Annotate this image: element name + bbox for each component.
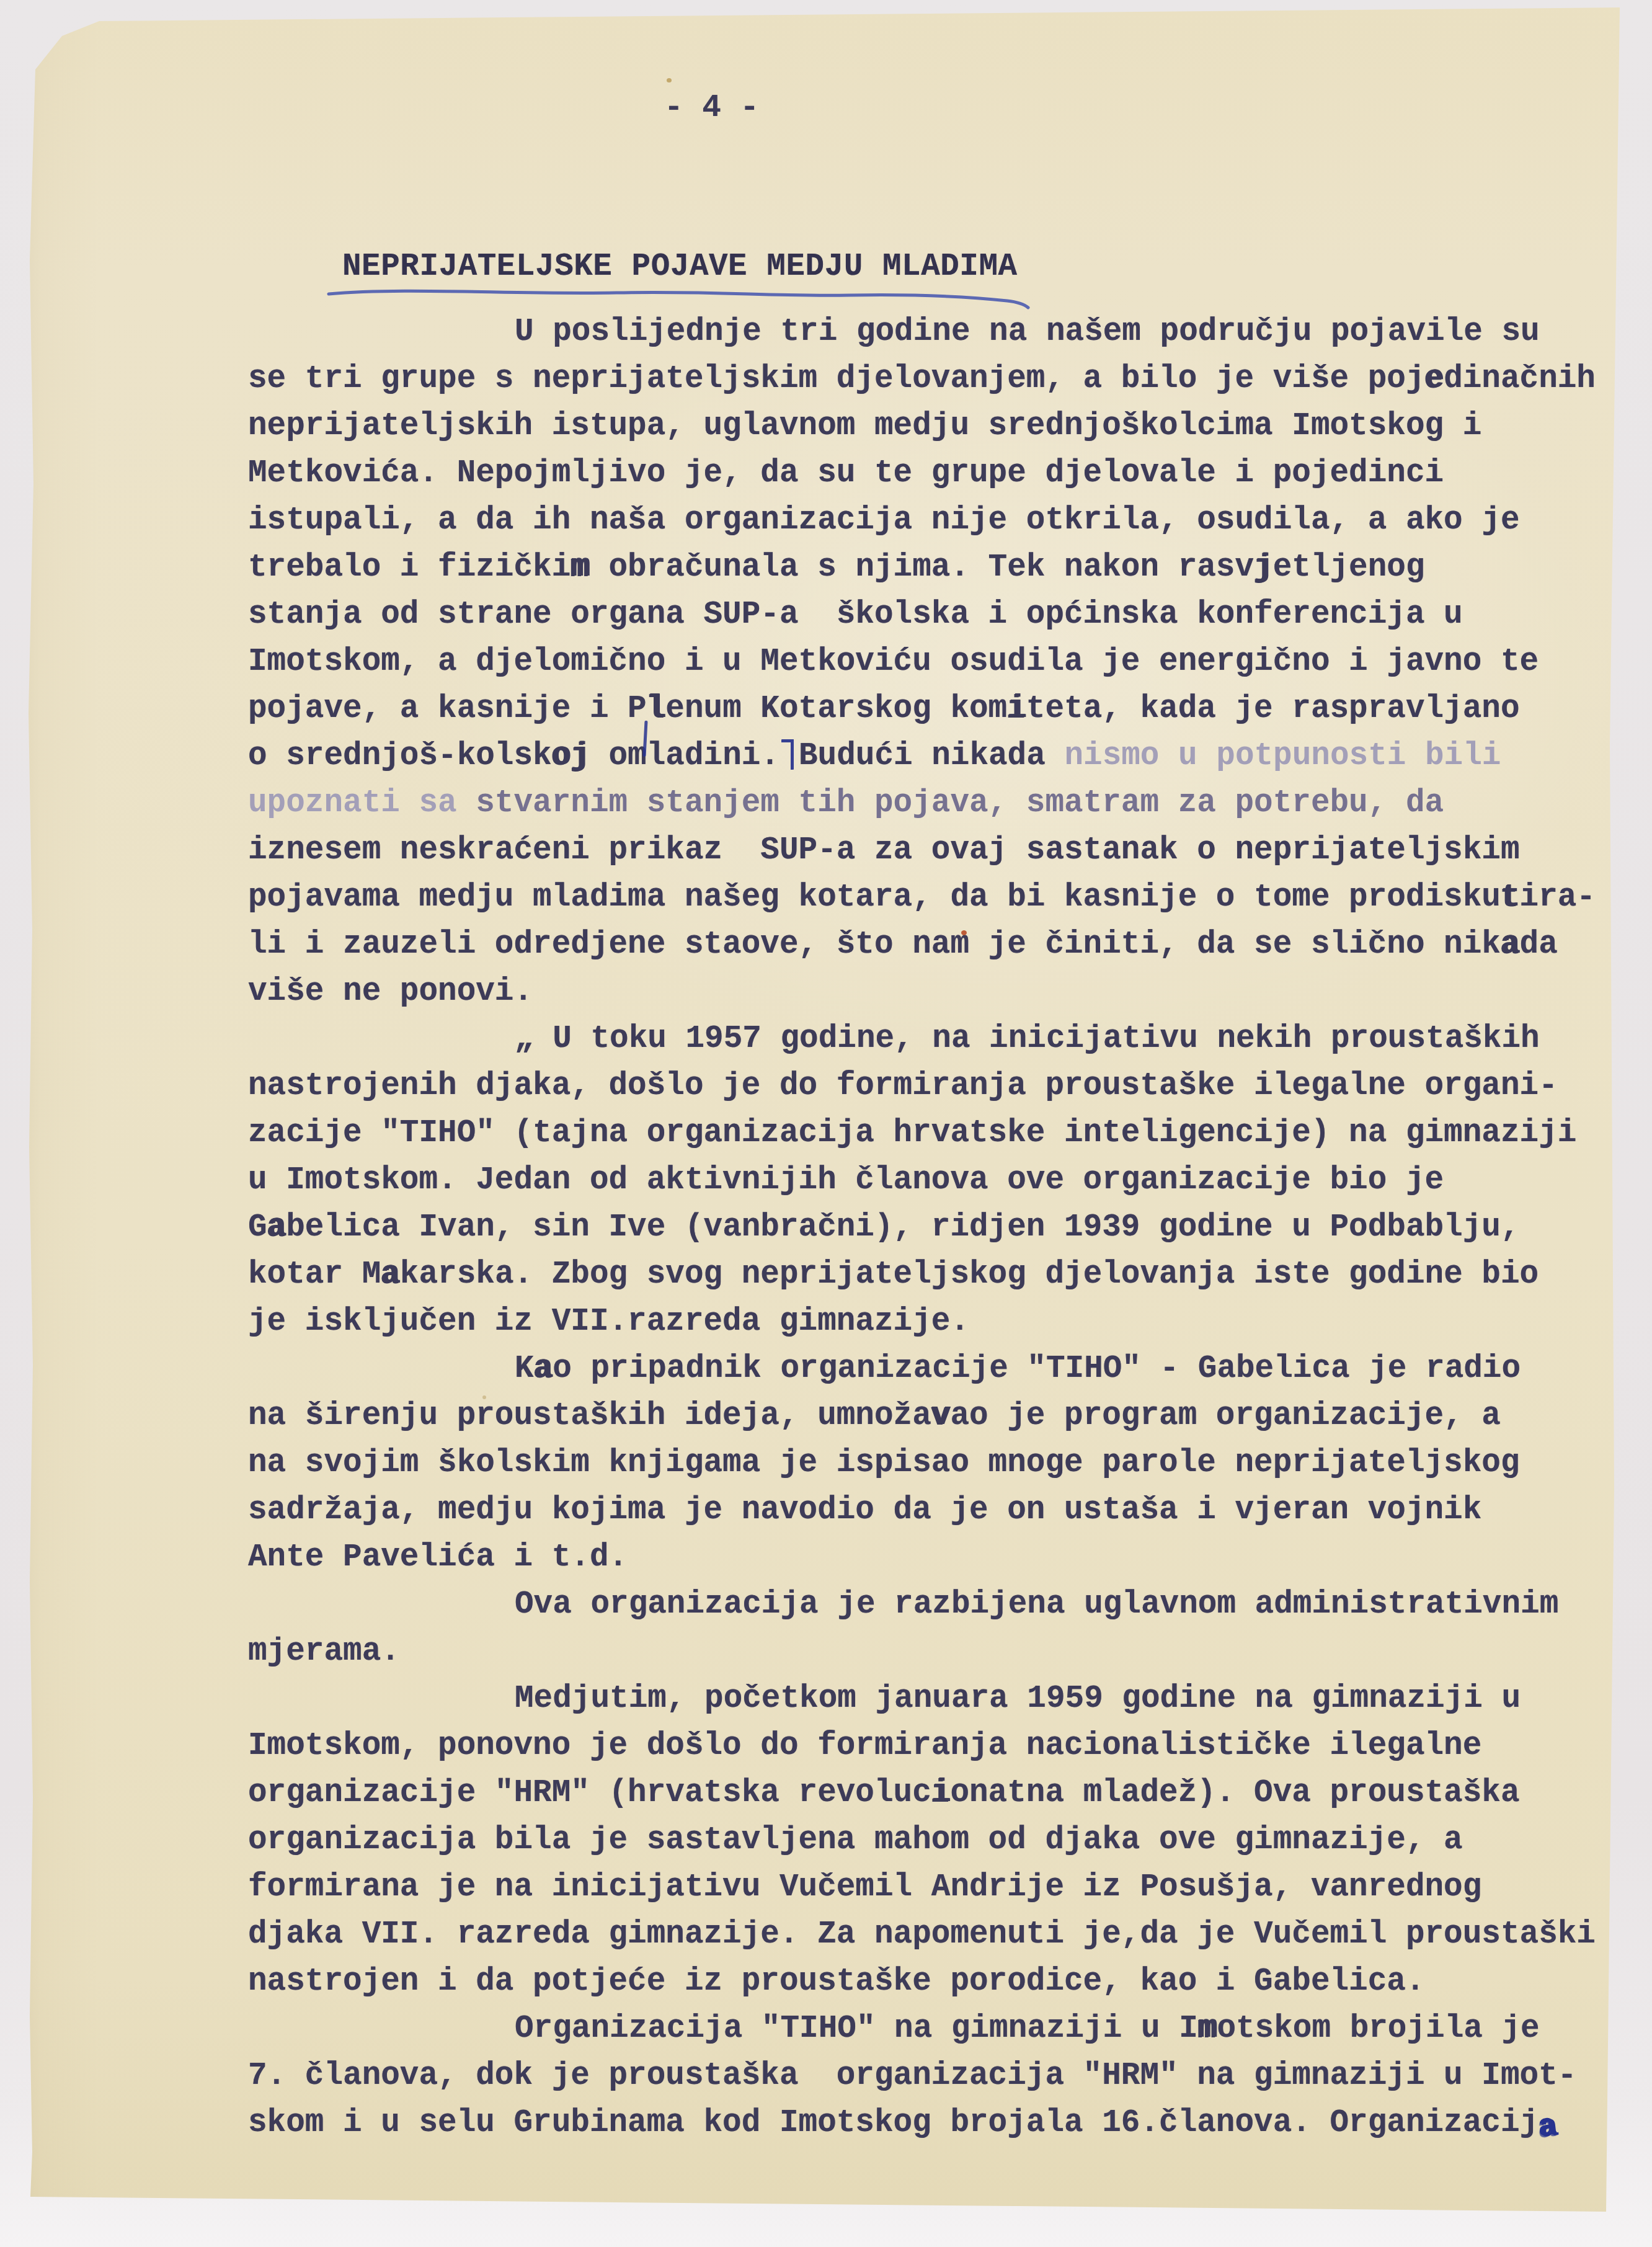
text-segment: organizacije "HRM" (hrvatska revoluc [248,1776,931,1811]
text-segment: smatram za potrebu, da [1026,786,1444,821]
text-segment: Imotskom, a djelomično i u Metkoviću osu… [248,644,1539,680]
text-segment: a [1501,927,1520,963]
text-segment: „ U toku 1957 godine, na inicijativu nek… [515,1021,1540,1057]
paper-speck [667,78,672,82]
text-segment: 7. članova, dok je proustaška organizaci… [248,2058,1576,2094]
text-line: Kao pripadnik organizacije "TIHO" - Gabe… [248,1346,1596,1393]
text-line: U poslijednje tri godine na našem područ… [248,309,1596,356]
text-line: na svojim školskim knjigama je ispisao m… [248,1440,1596,1487]
text-line: Ova organizacija je razbijena uglavnom a… [248,1582,1596,1629]
text-segment: zacije "TIHO" (tajna organizacija hrvats… [248,1116,1576,1151]
text-line: na širenju proustaških ideja, umnožavao … [248,1393,1596,1440]
text-segment: j [1254,550,1273,585]
document-body: U poslijednje tri godine na našem područ… [248,309,1596,2147]
scanned-document-screenshot: { "page": { "number": "- 4 -" }, "title"… [0,0,1652,2247]
document-title: NEPRIJATELJSKE POJAVE MEDJU MLADIMA [342,249,1018,285]
text-line: pojavama medju mladima našeg kotara, da … [248,874,1596,922]
text-line: kotar Makarska. Zbog svog neprijateljsko… [248,1252,1596,1299]
text-segment: Metkovića. Nepojmljivo je, da su te grup… [248,456,1444,491]
text-line: organizacije "HRM" (hrvatska revoluciona… [248,1770,1596,1817]
text-segment: organizacija bila je sastavljena mahom o… [248,1823,1463,1858]
text-line: o srednjoš-kolskoj omladini.Budući nikad… [248,733,1596,780]
text-segment: sadržaja, medju kojima je navodio da je … [248,1493,1481,1528]
text-line: trebalo i fizičkim obračunala s njima. T… [248,545,1596,592]
text-line: „ U toku 1957 godine, na inicijativu nek… [248,1016,1596,1063]
text-segment: m [571,550,590,585]
text-line: Imotskom, a djelomično i u Metkoviću osu… [248,639,1596,686]
text-line: zacije "TIHO" (tajna organizacija hrvats… [248,1110,1596,1157]
paper-speck [961,930,967,935]
text-line: istupali, a da ih naša organizacija nije… [248,497,1596,545]
text-segment: da [1520,927,1558,963]
text-segment: G [248,1210,267,1245]
text-segment: belica Ivan, sin Ive (vanbračni), ridjen… [286,1210,1519,1245]
text-segment: t [1501,880,1520,915]
text-segment: onatna mladež). Ova proustaška [950,1776,1519,1811]
text-line: je isključen iz VII.razreda gimnazije. [248,1299,1596,1346]
text-segment: enum Kotarskog kom [665,692,1007,727]
text-segment: Imotskom, ponovno je došlo do formiranja… [248,1729,1481,1764]
text-segment: obračunala s njima. Tek nakon rasv [590,550,1254,585]
text-segment: Organizacija "TIHO" na gimnaziji u I [515,2011,1198,2047]
text-segment: Ova organizacija je razbijena uglavnom a… [515,1587,1558,1622]
text-line: li i zauzeli odredjene staove, što nam j… [248,922,1596,969]
text-line: Metkovića. Nepojmljivo je, da su te grup… [248,450,1596,497]
text-segment: U poslijednje tri godine na našem područ… [515,314,1540,350]
paper-speck [482,1395,486,1399]
handwritten-insertion-mark [781,739,794,770]
text-segment: l [647,692,666,727]
text-segment: a [381,1257,400,1293]
text-line: pojave, a kasnije i Plenum Kotarskog kom… [248,686,1596,733]
text-segment: upoznati sa [248,786,476,821]
text-segment: ao je program organizacije, a [950,1399,1501,1434]
text-segment: stvarnim stanjem tih pojava, [476,786,1026,821]
text-line: djaka VII. razreda gimnazije. Za napomen… [248,1911,1596,1959]
text-segment: li i zauzeli odredjene staove, što nam j… [248,927,1501,963]
text-line: formirana je na inicijativu Vučemil Andr… [248,1864,1596,1911]
text-segment: formirana je na inicijativu Vučemil Andr… [248,1870,1481,1905]
text-segment: stanja od strane organa SUP-a školska i … [248,597,1463,633]
text-segment: je isključen iz VII.razreda gimnazije. [248,1304,969,1340]
text-segment: i [931,1776,951,1811]
text-segment: nastrojenih djaka, došlo je do formiranj… [248,1069,1558,1104]
text-segment: nastrojen i da potjeće iz proustaške por… [248,1964,1425,2000]
text-line: neprijateljskih istupa, uglavnom medju s… [248,403,1596,450]
text-segment: v [931,1399,951,1434]
text-segment: omladini. [590,739,779,774]
text-segment: nismo u potpunosti bili [1064,739,1501,774]
text-line: stanja od strane organa SUP-a školska i … [248,592,1596,639]
text-segment: na širenju proustaških ideja, umnoža [248,1399,931,1434]
text-segment: K [515,1351,534,1387]
text-line: Gabelica Ivan, sin Ive (vanbračni), ridj… [248,1204,1596,1252]
text-segment: Medjutim, početkom januara 1959 godine n… [515,1681,1521,1717]
text-segment: teta, kada je raspravljano [1026,692,1520,727]
text-segment: dinačnih [1444,362,1596,397]
text-segment: skom i u selu Grubinama kod Imotskog bro… [248,2106,1539,2141]
text-segment: m [1198,2011,1217,2047]
text-segment: u Imotskom. Jedan od aktivnijih članova … [248,1163,1444,1198]
text-segment: mjerama. [248,1634,400,1670]
text-segment: o pripadnik organizacije "TIHO" - Gabeli… [553,1351,1521,1387]
text-segment: se tri grupe s neprijateljskim djelovanj… [248,362,1425,397]
text-line: više ne ponovi. [248,969,1596,1016]
text-segment: oj [552,739,590,774]
text-line: sadržaja, medju kojima je navodio da je … [248,1487,1596,1534]
text-segment: ira- [1520,880,1596,915]
text-line: Medjutim, početkom januara 1959 godine n… [248,1676,1596,1723]
text-line: nastrojen i da potjeće iz proustaške por… [248,1959,1596,2006]
text-segment: karska. Zbog svog neprijateljskog djelov… [400,1257,1539,1293]
text-segment: o srednjoš-kolsk [248,739,552,774]
text-line: skom i u selu Grubinama kod Imotskog bro… [248,2100,1596,2147]
text-segment: etljenog [1273,550,1425,585]
text-segment: e [1425,362,1444,397]
text-line: organizacija bila je sastavljena mahom o… [248,1817,1596,1864]
text-segment: djaka VII. razreda gimnazije. Za napomen… [248,1917,1596,1952]
text-segment: neprijateljskih istupa, uglavnom medju s… [248,409,1481,444]
text-line: Imotskom, ponovno je došlo do formiranja… [248,1723,1596,1770]
text-segment: više ne ponovi. [248,974,533,1010]
text-segment: otskom brojila je [1217,2011,1539,2047]
text-segment: iznesem neskraćeni prikaz SUP-a za ovaj … [248,833,1520,868]
text-line: upoznati sa stvarnim stanjem tih pojava,… [248,780,1596,827]
text-segment: a [267,1210,286,1245]
text-line: 7. članova, dok je proustaška organizaci… [248,2053,1596,2100]
text-segment: istupali, a da ih naša organizacija nije… [248,503,1520,538]
text-line: mjerama. [248,1629,1596,1676]
text-segment: Budući nikada [799,739,1064,774]
text-segment: pojave, a kasnije i P [248,692,647,727]
text-line: Organizacija "TIHO" na gimnaziji u Imots… [248,2006,1596,2053]
text-line: nastrojenih djaka, došlo je do formiranj… [248,1063,1596,1110]
page-number: - 4 - [664,91,759,126]
text-line: se tri grupe s neprijateljskim djelovanj… [248,356,1596,403]
handwritten-ink-correction: a [1535,2103,1560,2152]
text-segment: pojavama medju mladima našeg kotara, da … [248,880,1501,915]
text-segment: kotar M [248,1257,381,1293]
document-page: - 4 - NEPRIJATELJSKE POJAVE MEDJU MLADIM… [0,0,1652,2247]
text-line: iznesem neskraćeni prikaz SUP-a za ovaj … [248,827,1596,874]
text-segment: na svojim školskim knjigama je ispisao m… [248,1446,1520,1481]
text-segment: trebalo i fizički [248,550,571,585]
text-line: u Imotskom. Jedan od aktivnijih članova … [248,1157,1596,1204]
text-segment: a [534,1351,553,1387]
text-segment: i [1007,692,1026,727]
text-segment: Ante Pavelića i t.d. [248,1540,628,1575]
text-line: Ante Pavelića i t.d. [248,1534,1596,1582]
